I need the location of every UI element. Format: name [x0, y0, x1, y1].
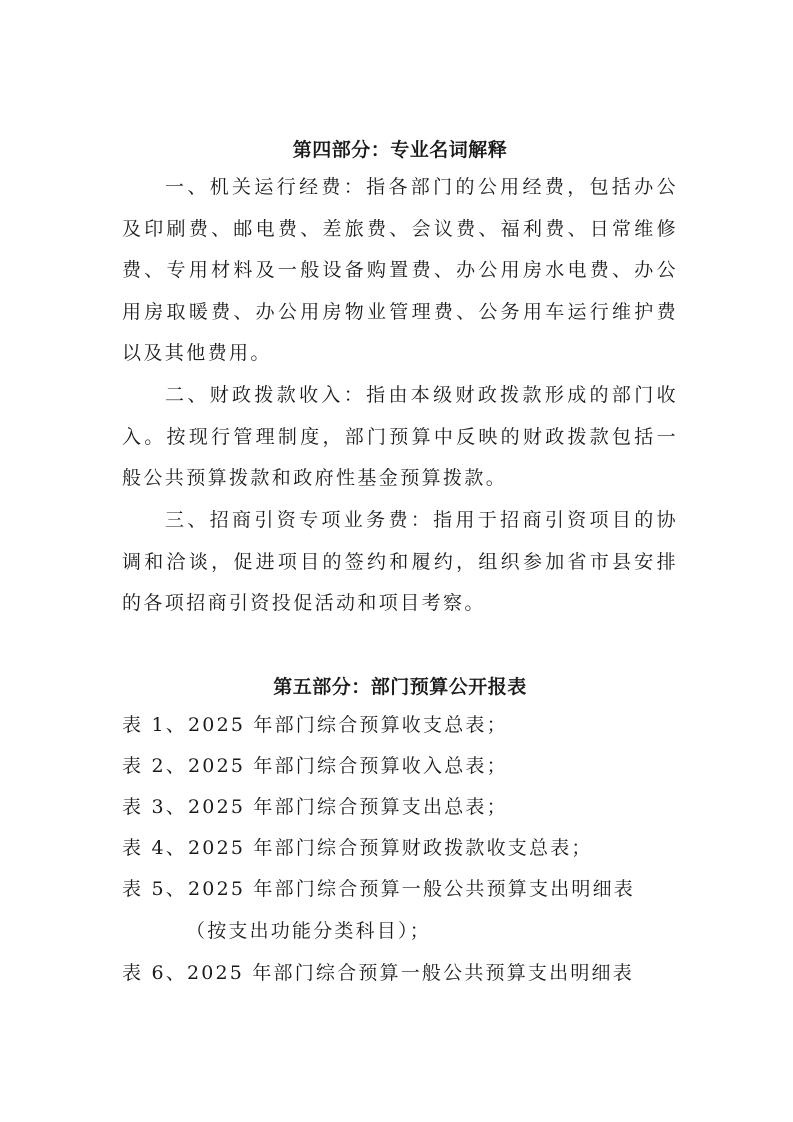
- table-number: 表 1、: [122, 712, 188, 738]
- table-number: 表 4、: [122, 835, 188, 861]
- table-number: 表 6、: [122, 960, 187, 986]
- table-list-item-4: 表 4、2025 年部门综合预算财政拨款收支总表；: [122, 835, 593, 861]
- table-title: 2025 年部门综合预算收入总表；: [188, 755, 508, 777]
- table-list-item-5: 表 5、2025 年部门综合预算一般公共预算支出明细表: [122, 876, 635, 902]
- table-list-item-3: 表 3、2025 年部门综合预算支出总表；: [122, 794, 508, 820]
- table-number: 表 3、: [122, 794, 188, 820]
- definition-paragraph-2: 二、财政拨款收入：指由本级财政拨款形成的部门收入。按现行管理制度，部门预算中反映…: [122, 375, 678, 500]
- table-title: 2025 年部门综合预算财政拨款收支总表；: [188, 837, 593, 859]
- table-title: 2025 年部门综合预算一般公共预算支出明细表: [187, 962, 634, 984]
- section5-title: 第五部分：部门预算公开报表: [122, 674, 678, 700]
- table-title: 2025 年部门综合预算收支总表；: [188, 714, 508, 736]
- table-number: 表 5、: [122, 876, 188, 902]
- section4-title: 第四部分：专业名词解释: [122, 137, 678, 163]
- table-list-item-5-continuation: （按支出功能分类科目）；: [186, 918, 431, 944]
- table-title: 2025 年部门综合预算一般公共预算支出明细表: [188, 878, 635, 900]
- table-list-item-6: 表 6、2025 年部门综合预算一般公共预算支出明细表: [122, 960, 634, 986]
- table-list-item-1: 表 1、2025 年部门综合预算收支总表；: [122, 712, 508, 738]
- table-number: 表 2、: [122, 753, 188, 779]
- definition-paragraph-3: 三、招商引资专项业务费：指用于招商引资项目的协调和洽谈，促进项目的签约和履约，组…: [122, 500, 678, 625]
- table-list-item-2: 表 2、2025 年部门综合预算收入总表；: [122, 753, 508, 779]
- definition-paragraph-1: 一、机关运行经费：指各部门的公用经费，包括办公及印刷费、邮电费、差旅费、会议费、…: [122, 167, 678, 375]
- table-title: 2025 年部门综合预算支出总表；: [188, 796, 508, 818]
